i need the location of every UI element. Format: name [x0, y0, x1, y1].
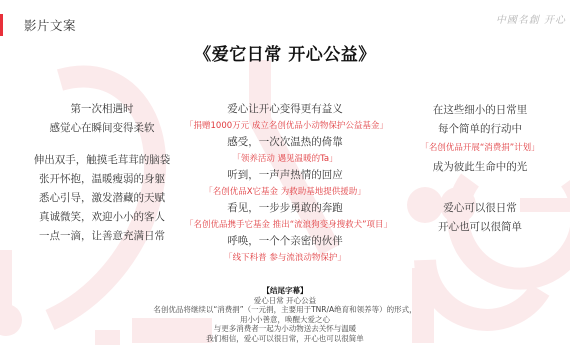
section-accent-bar [0, 14, 3, 36]
closing-line: 与更多消费者一起为小动物送去关怀与温暖 [0, 324, 570, 334]
copy-line: 爱心让开心变得更有益义 [185, 101, 385, 118]
copy-line: 第一次相遇时 [12, 100, 192, 119]
copy-line: 真诚微笑，欢迎小小的客人 [12, 208, 192, 227]
copy-line: 感受，一次次温热的倚靠 [185, 134, 385, 151]
closing-subtitles: 【结尾字幕】 爱心日常 开心公益 名创优品将继续以“消费捐”（一元捐，主要用于T… [0, 286, 570, 343]
copy-line: 一点一滴，让善意充满日常 [12, 227, 192, 246]
copy-line: 听到，一声声热情的回应 [185, 167, 385, 184]
spacer [390, 177, 570, 199]
copy-line: 呼唤，一个个亲密的伙伴 [185, 233, 385, 250]
highlight-line: 「名创优品开展“消费捐”计划」 [390, 139, 570, 158]
middle-column: 爱心让开心变得更有益义 「捐赠1000万元 成立名创优品小动物保护公益基金」 感… [185, 101, 385, 266]
copy-line: 每个简单的行动中 [390, 120, 570, 139]
closing-line: 名创优品将继续以“消费捐”（一元捐，主要用于TNR/A绝育和领养等）的形式， [0, 305, 570, 315]
highlight-line: 「线下科普 参与流浪动物保护」 [185, 250, 385, 266]
copy-line: 爱心可以很日常 [390, 199, 570, 218]
copy-line: 伸出双手，触摸毛茸茸的脑袋 [12, 151, 192, 170]
copy-line: 开心也可以很简单 [390, 218, 570, 237]
left-column: 第一次相遇时 感觉心在瞬间变得柔软 伸出双手，触摸毛茸茸的脑袋 张开怀抱，温暖瘦… [12, 100, 192, 246]
copy-line: 在这些细小的日常里 [390, 101, 570, 120]
closing-line: 用小小善意，唤醒大爱之心 [0, 315, 570, 325]
highlight-line: 「名创优品携手它基金 推出“流浪狗变身搜救犬”项目」 [185, 217, 385, 233]
closing-line: 我们相信，爱心可以很日常，开心也可以很简单 [0, 334, 570, 344]
closing-line: 爱心日常 开心公益 [0, 296, 570, 306]
copy-line: 成为彼此生命中的光 [390, 158, 570, 177]
spacer [12, 138, 192, 151]
page-title: 《爱它日常 开心公益》 [0, 40, 570, 65]
section-label: 影片文案 [24, 16, 76, 34]
copy-line: 看见，一步步勇敢的奔跑 [185, 200, 385, 217]
brand-watermark-logo: 中國名創 开心 [496, 11, 566, 26]
highlight-line: 「领养活动 遇见温暖的Ta」 [185, 151, 385, 167]
highlight-line: 「捐赠1000万元 成立名创优品小动物保护公益基金」 [185, 118, 385, 134]
closing-heading: 【结尾字幕】 [0, 286, 570, 296]
copy-line: 张开怀抱，温暖瘦弱的身躯 [12, 170, 192, 189]
right-column: 在这些细小的日常里 每个简单的行动中 「名创优品开展“消费捐”计划」 成为彼此生… [390, 101, 570, 237]
copy-line: 感觉心在瞬间变得柔软 [12, 119, 192, 138]
highlight-line: 「名创优品X它基金 为救助基地提供援助」 [185, 184, 385, 200]
copy-line: 悉心引导，激发潜藏的天赋 [12, 189, 192, 208]
